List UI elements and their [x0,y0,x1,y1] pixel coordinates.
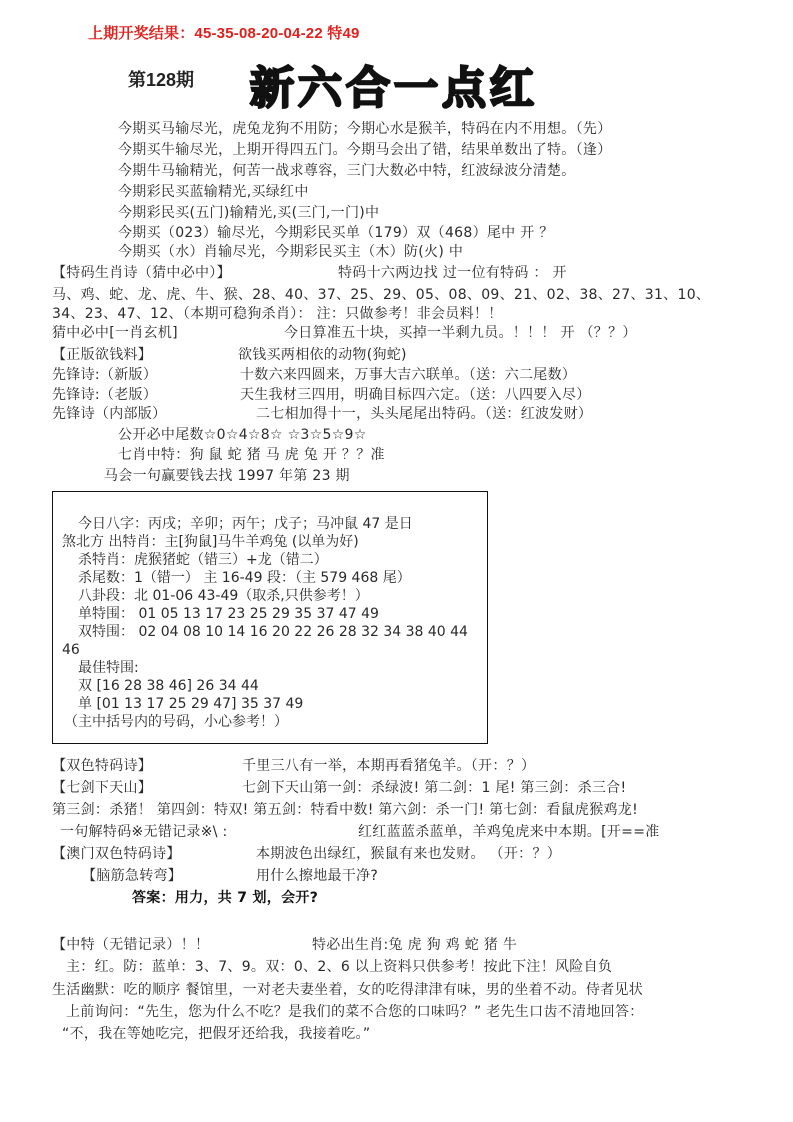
intro-line: 今期买牛输尽光，上期开得四五门。今期马会出了错，结果单数出了特。（逢） [118,141,612,160]
guess-text: 今日算准五十块，买掉一半剩九员。！！！ 开 （？？） [284,324,637,343]
zodiac-poem-label: 【特码生肖诗（猜中必中）】 [52,264,231,283]
intro-line: 今期彩民买(五门)输精光,买(三门,一门)中 [118,204,379,223]
zodiac-poem-text: 特码十六两边找 过一位有特码 ： 开 [338,264,567,283]
macau-label: 【澳门双色特码诗】 [52,845,181,864]
box-line: 杀特肖：虎猴猪蛇（错三）+龙（错二） [78,551,328,569]
seven-sword-text-2: 第三剑：杀猪！ 第四剑：特双! 第五剑：特看中数! 第六剑：杀一门! 第七剑：看… [52,801,638,820]
horse-line: 马会一句赢要钱去找 1997 年第 23 期 [104,467,350,486]
humor-line: “不，我在等她吃完，把假牙还给我，我接着吃。” [62,1025,370,1044]
last-draw-result: 上期开奖结果：45-35-08-20-04-22 特49 [88,22,360,43]
brain-teaser-answer: 答案：用力，共 7 划，会开? [132,889,318,908]
box-line: 杀尾数：1（错一） 主 16-49 段：（主 579 468 尾） [78,569,411,587]
main-line: 主：红。防：蓝单：3、7、9。双：0、2、6 以上资料只供参考！按此下注！风险自… [66,958,612,977]
pioneer-label: 先锋诗:（老版） [52,386,157,405]
seven-sword-label: 【七剑下天山】 [52,779,152,798]
brain-teaser-text: 用什么擦地最干净? [256,867,378,886]
guess-label: 猜中必中[一肖玄机] [52,324,178,343]
box-line: 今日八字：丙戌；辛卯；丙午；戊子；马冲鼠 47 是日 [78,515,413,533]
humor-line: 生活幽默：吃的顺序 餐馆里，一对老夫妻坐着，女的吃得津津有味，男的坐着不动。侍者… [52,981,643,1000]
brain-teaser-label: 【脑筋急转弯】 [82,867,182,886]
page-title: 新六合一点红 [250,52,538,116]
pioneer-text: 二七相加得十一，头头尾尾出特码。（送：红波发财） [256,405,592,424]
pioneer-text: 十数六来四圆来，万事大吉六联单。（送：六二尾数） [240,366,576,385]
box-line: 八卦段：北 01-06 43-49（取杀,只供参考！） [78,587,369,605]
money-label: 【正版欲钱料】 [52,346,152,365]
intro-line: 今期牛马输精光，何苦一战求尊容，三门大数必中特，红波绿波分清楚。 [118,162,576,181]
intro-line: 今期彩民买蓝输精光,买绿红中 [118,183,309,202]
seven-sword-text: 七剑下天山第一剑：杀绿波! 第二剑：1 尾! 第三剑：杀三合! [242,779,626,798]
box-line: 双特围： 02 04 08 10 14 16 20 22 26 28 32 34… [78,623,468,641]
intro-line: 今期买（023）输尽光，今期彩民买单（179）双（468）尾中 开 ？ [118,224,554,243]
box-line: 单 [01 13 17 25 29 47] 35 37 49 [78,695,303,713]
humor-line: 上前询问：“先生，您为什么不吃？是我们的菜不合您的口味吗？” 老先生口齿不清地回… [66,1003,644,1022]
numbers-line: 马、鸡、蛇、龙、虎、牛、猴、28、40、37、25、29、05、08、09、21… [52,286,710,305]
special-label: 【中特（无错记录）！！ [52,936,209,955]
box-line: 单特围： 01 05 13 17 23 25 29 35 37 47 49 [78,605,379,623]
dual-color-label: 【双色特码诗】 [52,757,152,776]
money-text: 欲钱买两相依的动物(狗蛇) [238,346,407,365]
issue-number: 第128期 [128,66,194,92]
macau-text: 本期波色出绿红，猴鼠有来也发财。 （开：？） [256,845,561,864]
box-line: 煞北方 出特肖：主[狗鼠]马牛羊鸡兔 (以单为好) [62,533,359,551]
seven-zodiac-line: 七肖中特：狗 鼠 蛇 猪 马 虎 兔 开 ？？准 [118,446,385,465]
numbers-line: 34、23、47、12、（本期可稳狗杀肖）： 注：只做参考！非会员料！！ [52,305,503,324]
box-line: 46 [62,641,80,659]
one-line-text: 红红蓝蓝杀蓝单，羊鸡兔虎来中本期。[开==准 [358,823,660,842]
intro-line: 今期买（水）肖输尽光，今期彩民买主（木）防(火) 中 [118,243,463,262]
pioneer-text: 天生我材三四用，明确目标四六定。（送：八四要入尽） [240,386,591,405]
pioneer-label: 先锋诗:（新版） [52,366,157,385]
dual-color-text: 千里三八有一举，本期再看猪兔羊。（开：？） [242,757,535,776]
intro-line: 今期买马输尽光，虎兔龙狗不用防；今期心水是猴羊，特码在内不用想。（先） [118,120,612,139]
tails-line: 公开必中尾数☆0☆4☆8☆ ☆3☆5☆9☆ [118,426,367,445]
one-line-label: 一句解特码※无错记录※\ : [60,823,228,842]
pioneer-label: 先锋诗（内部版） [52,405,166,424]
box-line: 双 [16 28 38 46] 26 34 44 [78,677,259,695]
box-line: （主中括号内的号码，小心参考！） [64,713,288,731]
special-text: 特必出生肖:兔 虎 狗 鸡 蛇 猪 牛 [312,936,517,955]
box-line: 最佳特围: [78,659,139,677]
